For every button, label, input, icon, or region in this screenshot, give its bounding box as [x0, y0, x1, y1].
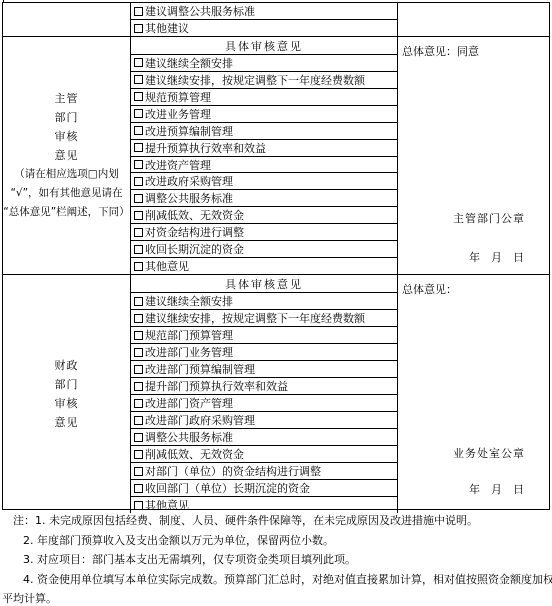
- option-label: 提升预算执行效率和效益: [145, 140, 266, 156]
- option-label: 收回长期沉淀的资金: [145, 241, 244, 257]
- option-row: 对资金结构进行调整: [131, 224, 397, 241]
- continued-label-cell-empty: [3, 3, 131, 36]
- option-row: 改进政府采购管理: [131, 173, 397, 190]
- option-row: 提升部门预算执行效率和效益: [131, 378, 397, 395]
- option-row: 规范部门预算管理: [131, 327, 397, 344]
- option-label: 改进部门预算编制管理: [145, 361, 255, 377]
- option-label: 建议调整公共服务标准: [145, 3, 255, 19]
- footnote-line: 注：1. 未完成原因包括经费、制度、人员、硬件条件保障等，在未完成原因及改进措施…: [0, 511, 552, 531]
- date-placeholder: 年 月 日: [469, 481, 524, 497]
- option-label: 其他建议: [145, 20, 189, 36]
- continued-overall-cell-empty: [398, 3, 549, 36]
- option-row: 调整公共服务标准: [131, 429, 397, 446]
- option-label: 收回部门（单位）长期沉淀的资金: [145, 480, 310, 496]
- option-row: 建议调整公共服务标准: [131, 3, 397, 20]
- checkbox-icon[interactable]: [134, 177, 143, 186]
- option-label: 对资金结构进行调整: [145, 224, 244, 240]
- label-instruction-line: “总体意见”栏阐述，下同）: [3, 203, 129, 222]
- label-line: 意见: [55, 146, 79, 165]
- option-row: 改进业务管理: [131, 106, 397, 123]
- option-label: 改进业务管理: [145, 106, 211, 122]
- checkbox-icon[interactable]: [134, 467, 143, 476]
- specific-opinions-header: 具体审核意见: [131, 37, 397, 55]
- checkbox-icon[interactable]: [134, 297, 143, 306]
- label-line: 财政: [55, 356, 79, 375]
- competent-department-overall-cell: 总体意见：同意 主管部门公章 年 月 日: [398, 37, 549, 274]
- label-line: 审核: [55, 394, 79, 413]
- review-opinion-table: 建议调整公共服务标准 其他建议 主管 部门 审核 意见 （请在相应选项□内划 “…: [2, 2, 550, 510]
- option-label: 规范预算管理: [145, 89, 211, 105]
- label-line: 意见: [55, 413, 79, 432]
- competent-department-label-cell: 主管 部门 审核 意见 （请在相应选项□内划 “√”，如有其他意见请在 “总体意…: [3, 37, 131, 274]
- review-opinion-form-page: 建议调整公共服务标准 其他建议 主管 部门 审核 意见 （请在相应选项□内划 “…: [0, 0, 552, 606]
- option-row: 调整公共服务标准: [131, 190, 397, 207]
- option-row: 改进资产管理: [131, 157, 397, 174]
- finance-department-options-list: 具体审核意见 建议继续全额安排 建议继续安排，按规定调整下一年度经费数额: [131, 275, 398, 513]
- footnote-line: 4. 资金使用单位填写本单位实际完成数。预算部门汇总时，对绝对值直接累加计算，相…: [0, 570, 552, 590]
- option-label: 对部门（单位）的资金结构进行调整: [145, 463, 321, 479]
- footnote-line: 3. 对应项目：部门基本支出无需填列，仅专项资金类项目填列此项。: [0, 550, 552, 570]
- option-row: 建议继续全额安排: [131, 55, 397, 72]
- footnotes: 注：1. 未完成原因包括经费、制度、人员、硬件条件保障等，在未完成原因及改进措施…: [0, 511, 552, 606]
- checkbox-icon[interactable]: [134, 109, 143, 118]
- footnote-line: 平均计算。: [0, 589, 552, 606]
- option-label: 提升部门预算执行效率和效益: [145, 378, 288, 394]
- checkbox-icon[interactable]: [134, 331, 143, 340]
- overall-opinion-text: 总体意见：同意: [402, 43, 479, 59]
- checkbox-icon[interactable]: [134, 433, 143, 442]
- checkbox-icon[interactable]: [134, 348, 143, 357]
- option-row: 其他意见: [131, 258, 397, 274]
- option-row: 建议继续安排，按规定调整下一年度经费数额: [131, 72, 397, 89]
- finance-department-label-cell: 财政 部门 审核 意见: [3, 275, 131, 513]
- label-instruction-line: “√”，如有其他意见请在: [10, 184, 122, 203]
- checkbox-icon[interactable]: [134, 211, 143, 220]
- option-row: 收回部门（单位）长期沉淀的资金: [131, 480, 397, 497]
- option-row: 改进部门资产管理: [131, 395, 397, 412]
- option-row: 改进部门业务管理: [131, 344, 397, 361]
- checkbox-icon[interactable]: [134, 365, 143, 374]
- checkbox-icon[interactable]: [134, 399, 143, 408]
- overall-opinion-text: 总体意见：: [402, 281, 457, 297]
- option-row: 其他建议: [131, 20, 397, 36]
- checkbox-icon[interactable]: [134, 228, 143, 237]
- option-label: 改进部门资产管理: [145, 395, 233, 411]
- option-row: 建议继续全额安排: [131, 293, 397, 310]
- checkbox-icon[interactable]: [134, 416, 143, 425]
- option-label: 改进预算编制管理: [145, 123, 233, 139]
- checkbox-icon[interactable]: [134, 194, 143, 203]
- option-label: 建议继续全额安排: [145, 293, 233, 309]
- option-label: 调整公共服务标准: [145, 429, 233, 445]
- option-label: 改进部门政府采购管理: [145, 412, 255, 428]
- option-row: 改进部门政府采购管理: [131, 412, 397, 429]
- option-row: 削减低效、无效资金: [131, 207, 397, 224]
- option-label: 改进资产管理: [145, 157, 211, 173]
- checkbox-icon[interactable]: [134, 143, 143, 152]
- footnote-line: 2. 年度部门预算收入及支出金额以万元为单位，保留两位小数。: [0, 531, 552, 551]
- checkbox-icon[interactable]: [134, 484, 143, 493]
- option-label: 改进政府采购管理: [145, 173, 233, 189]
- checkbox-icon[interactable]: [134, 450, 143, 459]
- option-label: 建议继续安排，按规定调整下一年度经费数额: [145, 310, 365, 326]
- checkbox-icon[interactable]: [134, 262, 143, 271]
- checkbox-icon[interactable]: [134, 75, 143, 84]
- finance-department-overall-cell: 总体意见： 业务处室公章 年 月 日: [398, 275, 549, 513]
- section-competent-department: 主管 部门 审核 意见 （请在相应选项□内划 “√”，如有其他意见请在 “总体意…: [3, 37, 549, 275]
- checkbox-icon[interactable]: [134, 245, 143, 254]
- option-row: 提升预算执行效率和效益: [131, 140, 397, 157]
- option-label: 削减低效、无效资金: [145, 446, 244, 462]
- date-placeholder: 年 月 日: [469, 249, 524, 265]
- label-line: 部门: [55, 375, 79, 394]
- label-instruction-line: （请在相应选项□内划: [14, 165, 118, 184]
- checkbox-icon[interactable]: [134, 7, 143, 16]
- option-row: 改进预算编制管理: [131, 123, 397, 140]
- option-label: 改进部门业务管理: [145, 344, 233, 360]
- checkbox-icon[interactable]: [134, 382, 143, 391]
- continued-options-list: 建议调整公共服务标准 其他建议: [131, 3, 398, 36]
- competent-department-options-list: 具体审核意见 建议继续全额安排 建议继续安排，按规定调整下一年度经费数额: [131, 37, 398, 274]
- option-label: 规范部门预算管理: [145, 327, 233, 343]
- label-line: 部门: [55, 108, 79, 127]
- section-continued-options: 建议调整公共服务标准 其他建议: [3, 3, 549, 37]
- stamp-placeholder: 业务处室公章: [453, 445, 525, 461]
- stamp-placeholder: 主管部门公章: [453, 210, 525, 226]
- checkbox-icon[interactable]: [134, 126, 143, 135]
- checkbox-icon[interactable]: [134, 92, 143, 101]
- checkbox-icon[interactable]: [134, 501, 143, 510]
- option-label: 建议继续安排，按规定调整下一年度经费数额: [145, 72, 365, 88]
- label-line: 审核: [55, 127, 79, 146]
- option-label: 其他意见: [145, 258, 189, 274]
- checkbox-icon[interactable]: [134, 314, 143, 323]
- checkbox-icon[interactable]: [134, 24, 143, 33]
- checkbox-icon[interactable]: [134, 58, 143, 67]
- option-label: 调整公共服务标准: [145, 190, 233, 206]
- option-row: 削减低效、无效资金: [131, 446, 397, 463]
- option-label: 建议继续全额安排: [145, 55, 233, 71]
- checkbox-icon[interactable]: [134, 160, 143, 169]
- option-row: 建议继续安排，按规定调整下一年度经费数额: [131, 310, 397, 327]
- section-finance-department: 财政 部门 审核 意见 具体审核意见 建议继续全额安排 建议继续安排，按规定调整…: [3, 275, 549, 513]
- option-row: 规范预算管理: [131, 89, 397, 106]
- option-row: 收回长期沉淀的资金: [131, 241, 397, 258]
- option-label: 削减低效、无效资金: [145, 207, 244, 223]
- option-row: 对部门（单位）的资金结构进行调整: [131, 463, 397, 480]
- specific-opinions-header: 具体审核意见: [131, 275, 397, 293]
- option-row: 改进部门预算编制管理: [131, 361, 397, 378]
- label-line: 主管: [55, 89, 79, 108]
